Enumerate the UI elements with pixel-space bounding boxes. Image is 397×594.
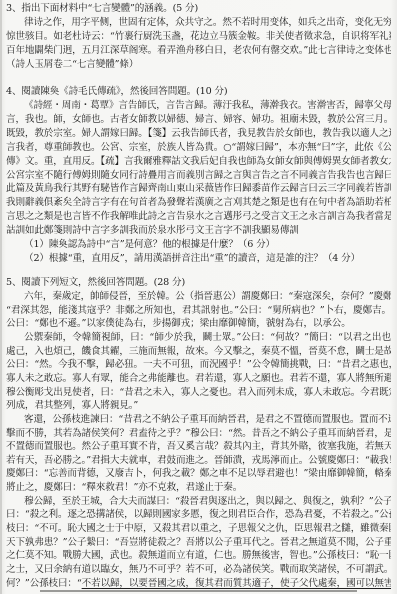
q5-line: 不置德而置服也。然公子重耳實不肯，吾又奚言哉？殺其內主，背其外賂，彼塞我施，若無… xyxy=(6,440,391,453)
q5-last-line: 何？”公孫枝曰：“不若以歸，以要晉國之成，復其君而質其適子，使子父代處秦，國可以… xyxy=(6,577,391,590)
q3-line: 律诗之作，用字平侧，世固有定体，众共守之。然不若时用变体，如兵之出奇，变化无穷，… xyxy=(24,16,391,29)
q4-heading: 4、閱讀陳奐《詩毛氏傳疏》，然後回答問題。(10 分) xyxy=(6,85,391,98)
q5-line: 穆公歸，至於王城，合大夫而謀曰：“殺晉君與逐出之，與以歸之、與復之，孰利？”公子… xyxy=(24,495,391,508)
q5-heading: 5、閱讀下列短文，然後回答問題。(28 分) xyxy=(6,276,391,289)
q5-line: 將止之，慶鄭曰：“釋來救君！”亦不克救，君遂止于秦。 xyxy=(6,481,391,494)
q4-line: 傳》文。重，直用反。【疏】言我爾雅釋詁文我后妃自我也師為女師女師與傅姆異女師者教… xyxy=(6,155,391,168)
q5-line: 擊而不勝，其若為諸侯笑何？君盍待之乎？”穆公曰：“然。昔吾之不納公子重耳而納晉君… xyxy=(6,427,391,440)
q5-line: 天下孰弗患？”公子縶曰：“吾豈將徒殺之？吾將以公子重耳代之。晉君之無道莫不聞，公… xyxy=(6,536,391,549)
q5-line: 曰：“殺之利。逐之恐搆諸侯，以歸則國家多慝，復之則君臣合作，恐為君憂，不若殺之。… xyxy=(6,508,391,521)
q4-line: 言我者，尊重師教也。公宮、宗室，於族人皆為貴。○“謂嫁曰歸”，本亦無“曰”字，此… xyxy=(6,141,391,154)
q5-last-line-prefix: 何？”公孫枝曰：“ xyxy=(6,578,82,589)
q4-line: 《詩經・周南・葛覃》言告師氏，言告言歸。薄汙我私，薄澣我衣。害澣害否，歸寧父母。… xyxy=(24,99,391,112)
q5-line: 之士，又曰余納有道以臨女，無乃不可乎？若不可，必為諸侯笑。戰而取笑諸侯，不可謂武… xyxy=(6,563,391,576)
q4-subquestion-1: （1）陳奐認為詩中“言”是何意？他的根據是什麼？（6 分） xyxy=(24,238,391,251)
q5-line: 處己，入也煩己，饑食其糴，三施而無報，故來。今又擊之，秦莫不慍，晉莫不怠，鬭士是… xyxy=(6,345,391,358)
q5-line: 列成，君其整列，寡人將親見。” xyxy=(6,399,391,412)
q5-line: 慶鄭曰：“忘善而背德，又廢吉卜，何我之載？鄭之車不足以辱君避也！”梁由靡御韓簡，… xyxy=(6,467,391,480)
q3-line: 百年地闢柴门迥，五月江深草阁寒。看弄渔舟移白日，老农何有罄交欢。”此七言律诗之变… xyxy=(6,44,391,57)
scan-edge xyxy=(0,0,2,594)
q3-source: （詩人玉屑卷二“七言變體”條） xyxy=(6,58,391,71)
q5-line: 公曰：“鄭也不遜。”以家僕徒為右，步揚御戎；梁由靡御韓簡，虢射為右，以承公。 xyxy=(6,317,391,330)
q5-line: 公禦秦師，令韓簡視師，曰：“師少於我，鬭士眾。”公曰：“何故？”簡曰：“以君之出… xyxy=(24,331,391,344)
q5-line: 穆公衡彫戈出見使者，曰：“昔君之未入，寡人之憂也。君入而列未成，寡人未敢忘。今君… xyxy=(6,386,391,399)
q5-line: 若有天，吾必勝之。”君揖大夫就車，君鼓而進之。晉師潰，戎馬濘而止。公號慶鄭曰：“… xyxy=(6,454,391,467)
q5-underlined-passage: 不若以歸，以要晉國之成，復其君而質其適子，使子父代處秦，國可以無害。” xyxy=(82,578,391,589)
q5-line: 寡人未之敢忘。寡人有眾，能合之弗能離也。君若還，寡人之願也。君若不還，寡人將無所… xyxy=(6,372,391,385)
q4-line: 公宮宗室不隨行傅姆則隨女同行詩疊用言而義別言歸之言與言告之言不同義言告我告也言歸… xyxy=(6,169,391,182)
q4-line: 此篇及黃鳥我行其野有駜皆作言歸齊南山東山采薇皆作曰歸黍苗作云歸言曰云三字同義若皆… xyxy=(6,182,391,195)
exam-page: 3、指出下面材料中“七言變體”的涵義。(5 分) 律诗之作，用字平侧，世固有定体… xyxy=(0,0,397,594)
q3-heading: 3、指出下面材料中“七言變體”的涵義。(5 分) xyxy=(6,2,391,15)
q5-line: 之仁莫不知。戰勝大國，武也。殺無道而立有道，仁也。勝無後害，智也。”公孫枝曰：“… xyxy=(6,549,391,562)
q5-line: 六年，秦歲定，帥師侵晉，至於韓。公（指晉惠公）謂慶鄭曰：“秦寇深矣，奈何？”慶鄭… xyxy=(24,290,391,303)
q5-line: 枝曰：“不可。恥大國之士于中原，又殺其君以重之，子思報父之仇，臣思報君之讎，雖微… xyxy=(6,522,391,535)
q4-line: 言思之之類是也言皆不作我解唯此詩之言告泉水之言邁彤弓之受言文王之永言訓言為我者當… xyxy=(6,210,391,223)
q4-line: 詁訓如此鄭箋則詩中言字多訓我而於泉水彤弓文王言字不訓我顯易傳訓 xyxy=(6,224,391,237)
q5-line: 公曰：“然。今我不擊，歸必狃。一夫不可狃，而況國乎！”公令韓簡挑戰，曰：“昔君之… xyxy=(6,358,391,371)
q5-line: 客還，公孫枝進諫曰：“昔君之不納公子重耳而納晉君，是君之不置德而置服也。置而不遂… xyxy=(24,413,391,426)
q5-line: “君深其怨，能淺其寇乎？非鄭之所知也，君其訊射也。”公曰：“舅所病也？”卜右，慶… xyxy=(6,304,391,317)
page-bottom-rule xyxy=(40,590,357,592)
q4-line: 我則辭義俱紊矣全詩言字有在句首者為發聲若漢廣之言刈其楚之類是也有在句中者為語助若… xyxy=(6,196,391,209)
q4-line: 既毀，教於宗室。婦人謂嫁曰歸。【箋】云我告師氏者，我見教告於女師也，教告我以適人… xyxy=(6,127,391,140)
q3-line: 惊世骇目。如老杜诗云：“竹裹行厨洗玉盏，花边立马簇金鞍。非关使者徵求急，自识将军… xyxy=(6,30,391,43)
q4-subquestion-2: （2）根據“重，直用反”，請用漢語拼音注出“重”的讀音，這是誰的注？（4 分） xyxy=(24,252,391,265)
q4-line: 言，我也。師，女師也。古者女師教以婦德、婦言、婦容、婦功。祖廟未毀，教於公宮三月… xyxy=(6,113,391,126)
